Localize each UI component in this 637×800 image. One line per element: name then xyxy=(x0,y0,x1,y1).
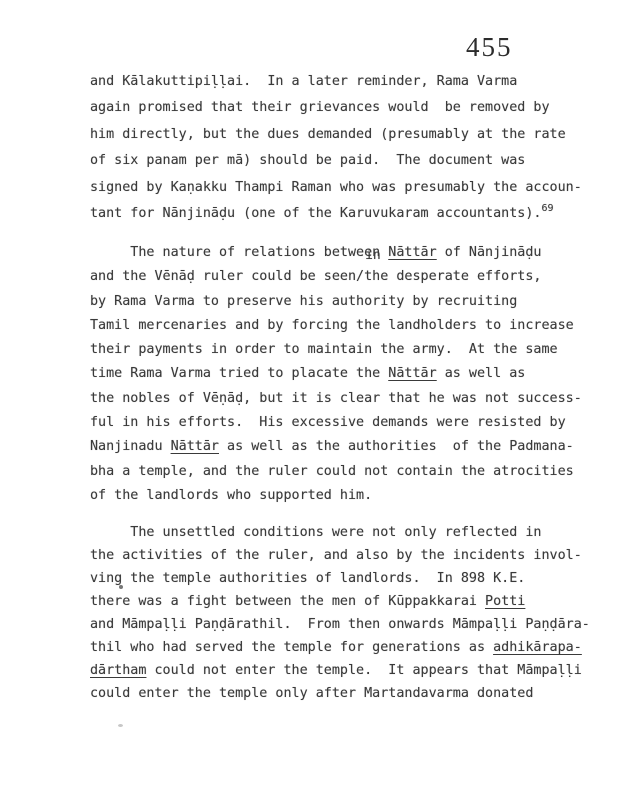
text-line: and the Vēnāḍ ruler could be seen/inthe … xyxy=(90,265,582,289)
text-line: Nanjinadu Nāttār as well as the authorit… xyxy=(90,435,582,459)
text-segment: Nanjinadu xyxy=(90,439,171,454)
text-line: ving the temple authorities of landlords… xyxy=(90,567,590,590)
text-segment: the nobles of Vēṇāḍ, but it is clear tha… xyxy=(90,391,582,406)
text-segment: The unsettled conditions were not only r… xyxy=(90,525,541,540)
text-segment: their payments in order to maintain the … xyxy=(90,342,558,357)
text-line: and Kālakuttipiḷḷai. In a later reminder… xyxy=(90,69,582,95)
text-segment: The nature of relations between xyxy=(90,245,388,260)
text-line: their payments in order to maintain the … xyxy=(90,338,582,362)
text-line: time Rama Varma tried to placate the Nāt… xyxy=(90,362,582,386)
underlined-term: Nāttār xyxy=(388,366,436,381)
text-segment: signed by Kaṇakku Thampi Raman who was p… xyxy=(90,180,582,195)
text-segment: as well as the authorities of the Padman… xyxy=(219,439,574,454)
text-line: ful in his efforts. His excessive demand… xyxy=(90,411,582,435)
text-segment: as well as xyxy=(437,366,526,381)
text-segment: thil who had served the temple for gener… xyxy=(90,640,493,655)
text-line: The nature of relations between Nāttār o… xyxy=(90,241,582,265)
text-segment: could not enter the temple. It appears t… xyxy=(146,663,581,678)
text-line: the nobles of Vēṇāḍ, but it is clear tha… xyxy=(90,387,582,411)
text-line: bha a temple, and the ruler could not co… xyxy=(90,460,582,484)
text-line: signed by Kaṇakku Thampi Raman who was p… xyxy=(90,175,582,201)
text-segment: and Māmpaḷḷi Paṇḍārathil. From then onwa… xyxy=(90,617,590,632)
text-segment: by Rama Varma to preserve his authority … xyxy=(90,294,517,309)
text-segment: and the Vēnāḍ ruler could be seen/ xyxy=(90,269,364,284)
text-line: by Rama Varma to preserve his authority … xyxy=(90,290,582,314)
text-line: The unsettled conditions were not only r… xyxy=(90,521,590,544)
text-line: of six panam per mā) should be paid. The… xyxy=(90,148,582,174)
text-line: Tamil mercenaries and by forcing the lan… xyxy=(90,314,582,338)
text-segment: and Kālakuttipiḷḷai. In a later reminder… xyxy=(90,74,517,89)
text-line: him directly, but the dues demanded (pre… xyxy=(90,122,582,148)
text-line: there was a fight between the men of Kūp… xyxy=(90,590,590,613)
text-segment: of six panam per mā) should be paid. The… xyxy=(90,153,525,168)
paragraph-3: The unsettled conditions were not only r… xyxy=(90,521,590,705)
document-page: 455 and Kālakuttipiḷḷai. In a later remi… xyxy=(0,0,637,800)
inserted-word: in xyxy=(365,244,381,268)
text-block: and Kālakuttipiḷḷai. In a later reminder… xyxy=(90,0,637,800)
text-segment: ving the temple authorities of landlords… xyxy=(90,571,525,586)
text-line: and Māmpaḷḷi Paṇḍārathil. From then onwa… xyxy=(90,613,590,636)
text-segment: the activities of the ruler, and also by… xyxy=(90,548,582,563)
underlined-term: Nāttār xyxy=(388,245,436,260)
text-segment: him directly, but the dues demanded (pre… xyxy=(90,127,566,142)
text-line: dārtham could not enter the temple. It a… xyxy=(90,659,590,682)
text-line: the activities of the ruler, and also by… xyxy=(90,544,590,567)
paragraph-2: The nature of relations between Nāttār o… xyxy=(90,241,582,508)
text-segment: time Rama Varma tried to placate the xyxy=(90,366,388,381)
underlined-term: Potti xyxy=(485,594,525,609)
underlined-term: dārtham xyxy=(90,663,146,678)
footnote-reference: 69 xyxy=(541,203,553,214)
scan-speck xyxy=(118,724,123,727)
text-segment: could enter the temple only after Martan… xyxy=(90,686,533,701)
text-segment: again promised that their grievances wou… xyxy=(90,100,550,115)
underlined-term: Nāttār xyxy=(171,439,219,454)
text-line: tant for Nānjināḍu (one of the Karuvukar… xyxy=(90,201,582,228)
text-segment: there was a fight between the men of Kūp… xyxy=(90,594,485,609)
text-segment: of Nānjināḍu xyxy=(437,245,542,260)
paragraph-1: and Kālakuttipiḷḷai. In a later reminder… xyxy=(90,69,582,228)
text-segment: the desperate efforts, xyxy=(364,269,541,284)
text-segment: ful in his efforts. His excessive demand… xyxy=(90,415,566,430)
underlined-term: adhikārapa- xyxy=(493,640,582,655)
scan-speck xyxy=(119,585,123,589)
text-segment: tant for Nānjināḍu (one of the Karuvukar… xyxy=(90,206,541,221)
text-line: thil who had served the temple for gener… xyxy=(90,636,590,659)
text-line: could enter the temple only after Martan… xyxy=(90,682,590,705)
text-segment: Tamil mercenaries and by forcing the lan… xyxy=(90,318,574,333)
text-segment: bha a temple, and the ruler could not co… xyxy=(90,464,574,479)
text-line: again promised that their grievances wou… xyxy=(90,95,582,121)
text-segment: of the landlords who supported him. xyxy=(90,488,372,503)
text-line: of the landlords who supported him. xyxy=(90,484,582,508)
